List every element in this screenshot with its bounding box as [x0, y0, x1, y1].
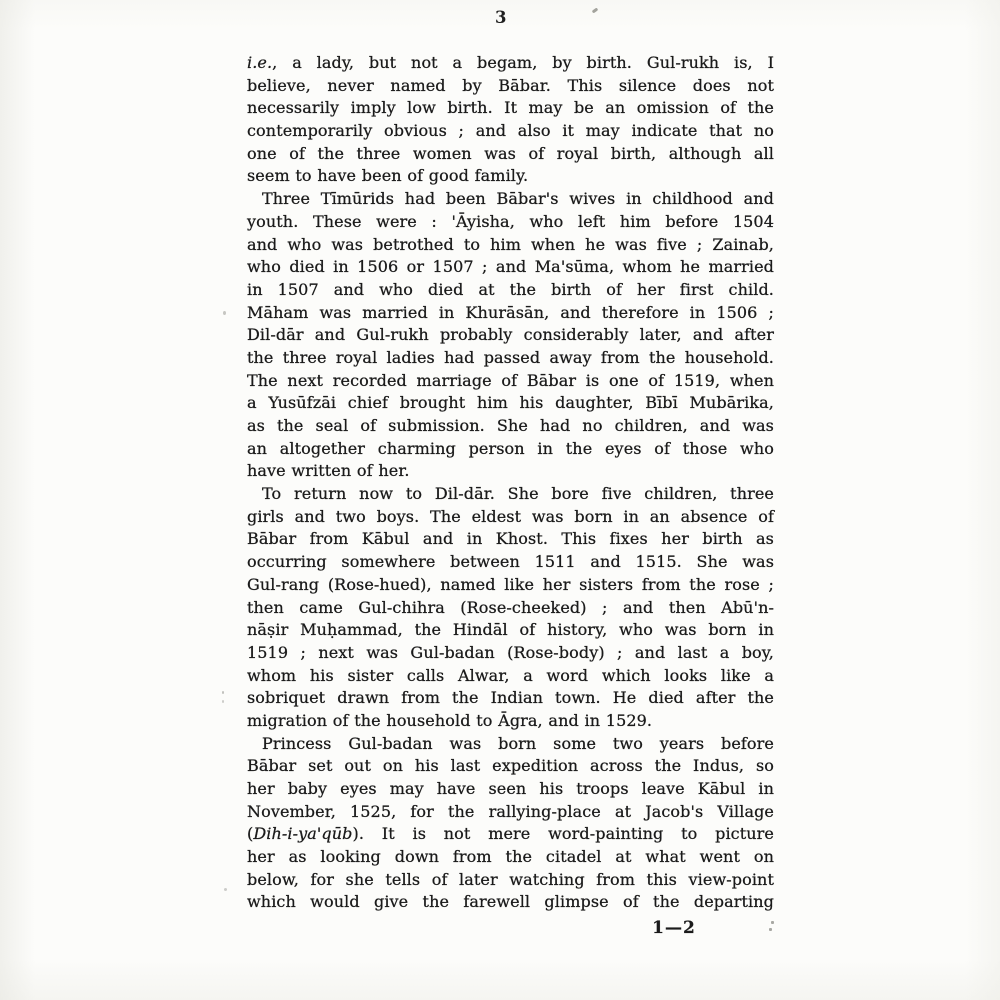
scan-speck: [592, 8, 599, 14]
page-number: 3: [487, 8, 515, 27]
text-line: her baby eyes may have seen his troops l…: [247, 778, 774, 801]
paragraph: Princess Gul-badan was born some two yea…: [247, 733, 774, 915]
text-line: To return now to Dil-dār. She bore five …: [247, 483, 774, 506]
text-line: an altogether charming person in the eye…: [247, 438, 774, 461]
text-line: migration of the household to Āgra, and …: [247, 710, 774, 733]
text-line: youth. These were : 'Āyisha, who left hi…: [247, 211, 774, 234]
text-line: have written of her.: [247, 460, 774, 483]
text-line: i.e., a lady, but not a begam, by birth.…: [247, 52, 774, 75]
text-line: who died in 1506 or 1507 ; and Ma'sūma, …: [247, 256, 774, 279]
text-line: The next recorded marriage of Bābar is o…: [247, 370, 774, 393]
scan-speck: [223, 311, 226, 315]
scanned-book-page: { "page": { "number": "3", "signature": …: [0, 0, 1000, 1000]
text-line: the three royal ladies had passed away f…: [247, 347, 774, 370]
text-line: and who was betrothed to him when he was…: [247, 234, 774, 257]
text-line: Bābar set out on his last expedition acr…: [247, 755, 774, 778]
text-line: nāṣir Muḥammad, the Hindāl of history, w…: [247, 619, 774, 642]
text-line: sobriquet drawn from the Indian town. He…: [247, 687, 774, 710]
text-line: then came Gul-chihra (Rose-cheeked) ; an…: [247, 597, 774, 620]
text-line: in 1507 and who died at the birth of her…: [247, 279, 774, 302]
paragraph: To return now to Dil-dār. She bore five …: [247, 483, 774, 733]
text-line: Dil-dār and Gul-rukh probably considerab…: [247, 324, 774, 347]
text-line: below, for she tells of later watching f…: [247, 869, 774, 892]
text-line: Princess Gul-badan was born some two yea…: [247, 733, 774, 756]
text-line: Māham was married in Khurāsān, and there…: [247, 302, 774, 325]
text-line: girls and two boys. The eldest was born …: [247, 506, 774, 529]
text-line: believe, never named by Bābar. This sile…: [247, 75, 774, 98]
text-line: necessarily imply low birth. It may be a…: [247, 97, 774, 120]
text-line: November, 1525, for the rallying-place a…: [247, 801, 774, 824]
text-line: (Dih-i-ya'qūb). It is not mere word-pain…: [247, 823, 774, 846]
text-line: 1519 ; next was Gul-badan (Rose-body) ; …: [247, 642, 774, 665]
text-line: a Yusūfzāi chief brought him his daughte…: [247, 392, 774, 415]
text-line: seem to have been of good family.: [247, 165, 774, 188]
text-line: contemporarily obvious ; and also it may…: [247, 120, 774, 143]
text-line: one of the three women was of royal birt…: [247, 143, 774, 166]
text-line: which would give the farewell glimpse of…: [247, 891, 774, 914]
text-line: occurring somewhere between 1511 and 151…: [247, 551, 774, 574]
text-line: as the seal of submission. She had no ch…: [247, 415, 774, 438]
scan-speck: [771, 921, 774, 924]
text-line: her as looking down from the citadel at …: [247, 846, 774, 869]
text-line: Three Tīmūrids had been Bābar's wives in…: [247, 188, 774, 211]
paragraph: i.e., a lady, but not a begam, by birth.…: [247, 52, 774, 188]
signature-mark: 1—2: [640, 918, 708, 938]
text-line: Bābar from Kābul and in Khost. This fixe…: [247, 528, 774, 551]
paragraph: Three Tīmūrids had been Bābar's wives in…: [247, 188, 774, 483]
text-line: Gul-rang (Rose-hued), named like her sis…: [247, 574, 774, 597]
scan-speck: [224, 888, 227, 891]
scan-speck: [222, 691, 224, 694]
body-text: i.e., a lady, but not a begam, by birth.…: [247, 52, 774, 914]
text-line: whom his sister calls Alwar, a word whic…: [247, 665, 774, 688]
